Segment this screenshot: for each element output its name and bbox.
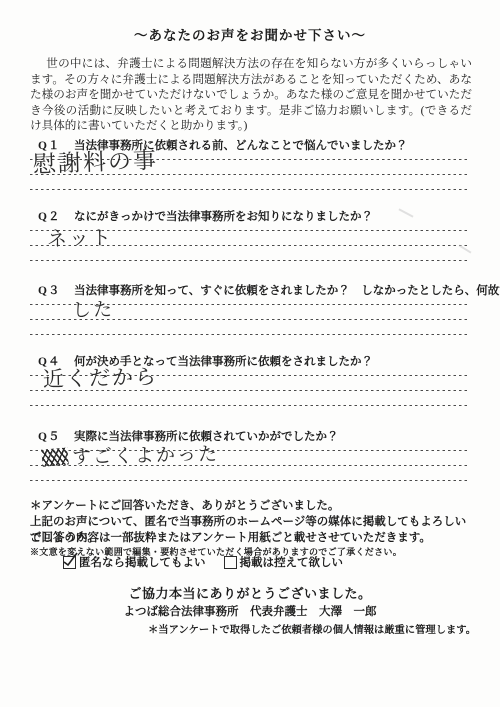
handwritten-answer: した [72, 301, 114, 321]
option-anonymous-ok-label: 匿名なら掲載してもよい [79, 554, 206, 570]
question-block-3: Q３当法律事務所を知って、すぐに依頼をされましたか？ しなかったとしたら、何故で… [30, 282, 472, 344]
answer-line [30, 260, 470, 261]
question-text: 当法律事務所を知って、すぐに依頼をされましたか？ しなかったとしたら、何故ですか… [74, 285, 500, 297]
handwritten-answer: 近くだから [43, 367, 158, 390]
question-row: Q３当法律事務所を知って、すぐに依頼をされましたか？ しなかったとしたら、何故で… [38, 282, 472, 298]
question-row: Q２なにがきっかけで当法律事務所をお知りになりましたか？ [38, 208, 472, 224]
answer-line [30, 334, 470, 335]
question-text: なにがきっかけで当法律事務所をお知りになりましたか？ [74, 211, 373, 223]
answer-line [30, 405, 470, 406]
checkbox-unchecked-icon[interactable] [224, 556, 237, 569]
publish-consent-options: 匿名なら掲載してもよい 掲載は控えて欲しい [63, 554, 361, 570]
option-anonymous-ok[interactable]: 匿名なら掲載してもよい [63, 554, 206, 570]
question-block-4: Q４何が決め手となって当法律事務所に依頼をされましたか？ 近くだから [30, 353, 472, 415]
firm-signature: よつば総合法律事務所 代表弁護士 大澤 一郎 [0, 603, 500, 619]
intro-paragraph: 世の中には、弁護士による問題解決方法の存在を知らない方が多くいらっしゃいます。そ… [30, 56, 472, 134]
question-block-5: Q５実際に当法律事務所に依頼されていかがでしたか？ すごくよかった [30, 428, 472, 490]
question-label: Q５ [38, 428, 74, 444]
handwritten-answer-text: すごくよかった [72, 444, 219, 468]
footer-thanks: ＊アンケートにご回答いただき、ありがとうございました。 [30, 497, 476, 513]
question-block-2: Q２なにがきっかけで当法律事務所をお知りになりましたか？ ネット [30, 208, 472, 270]
question-text: 実際に当法律事務所に依頼されていかがでしたか？ [74, 431, 339, 443]
privacy-note: ＊当アンケートで取得したご依頼者様の個人情報は厳重に管理します。 [148, 621, 476, 636]
handwritten-answer: 慰謝料の事 [33, 149, 159, 176]
scribble-mark [41, 447, 68, 466]
question-block-1: Q１当法律事務所に依頼される前、どんなことで悩んでいましたか？ 慰謝料の事 [30, 137, 472, 199]
answer-line [30, 480, 470, 481]
handwritten-answer: ネット [47, 228, 113, 249]
option-no-publish[interactable]: 掲載は控えて欲しい [224, 554, 344, 570]
closing-gratitude: ご協力本当にありがとうございました。 [0, 583, 500, 602]
questionnaire-scan: ～あなたのお声をお聞かせ下さい～ 世の中には、弁護士による問題解決方法の存在を知… [0, 0, 500, 707]
question-label: Q３ [38, 282, 74, 298]
page-title: ～あなたのお声をお聞かせ下さい～ [0, 24, 500, 44]
answer-line [30, 390, 470, 391]
handwritten-answer: すごくよかった [42, 445, 219, 468]
footer-publish-detail: ご回答の内容は一部抜粋またはアンケート用紙ごと載せさせていただきます。 [30, 529, 476, 545]
question-label: Q２ [38, 208, 74, 224]
answer-line [30, 189, 470, 190]
checkbox-checked-icon[interactable] [63, 556, 76, 569]
question-label: Q４ [38, 353, 74, 369]
question-row: Q５実際に当法律事務所に依頼されていかがでしたか？ [38, 428, 472, 444]
option-no-publish-label: 掲載は控えて欲しい [240, 554, 344, 570]
